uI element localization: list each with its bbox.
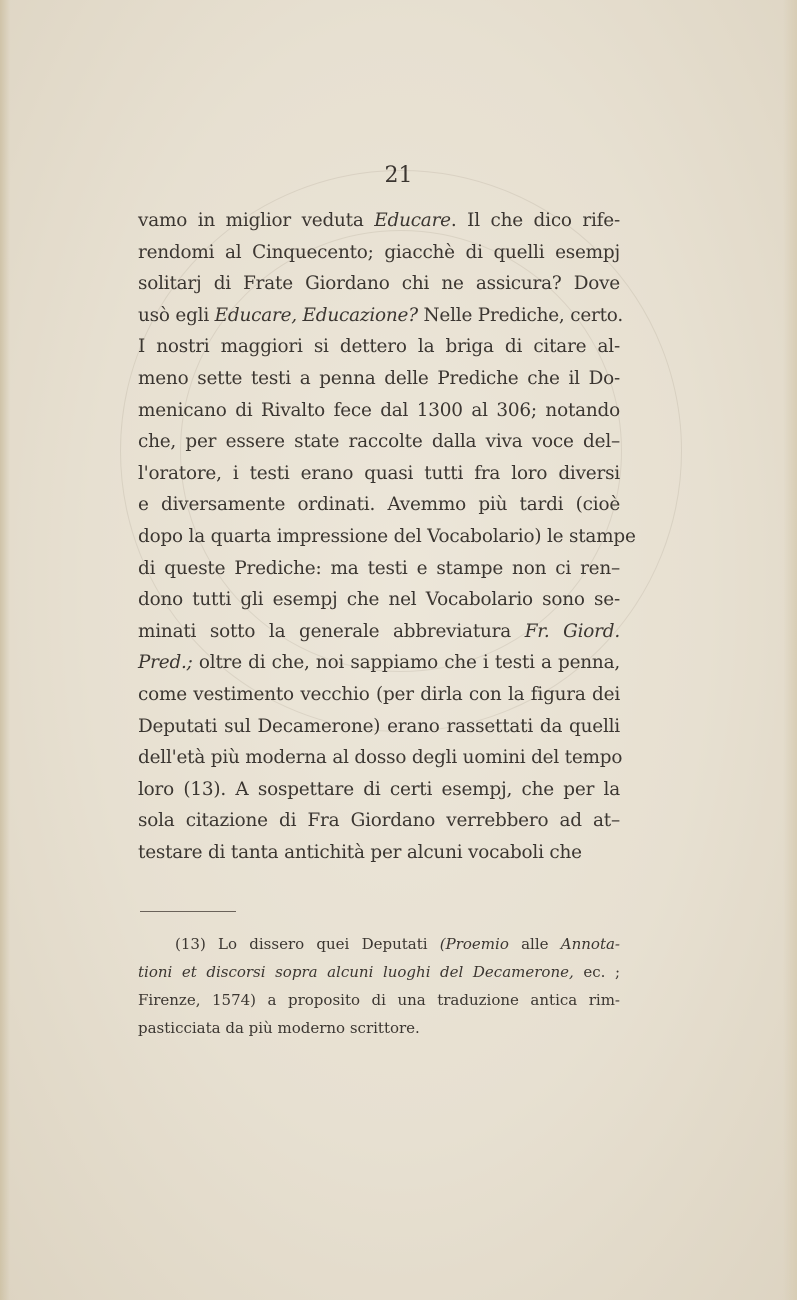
body-line: menicano di Rivalto fece dal 1300 al 306…	[138, 395, 620, 427]
body-line: Deputati sul Decamerone) erano rassettat…	[138, 711, 620, 743]
text-segment: ec. ;	[574, 963, 620, 981]
page-left-edge-shadow	[0, 0, 10, 1300]
text-segment: Deputati sul Decamerone) erano rassettat…	[138, 716, 620, 737]
body-line: usò egli Educare, Educazione? Nelle Pred…	[138, 300, 620, 332]
body-line: dopo la quarta impressione del Vocabolar…	[138, 521, 620, 553]
body-line: l'oratore, i testi erano quasi tutti fra…	[138, 458, 620, 490]
text-segment: . Il che dico rife-	[451, 210, 620, 231]
text-segment: dono tutti gli esempj che nel Vocabolari…	[138, 589, 620, 610]
body-line: dell'età più moderna al dosso degli uomi…	[138, 742, 620, 774]
body-line: come vestimento vecchio (per dirla con l…	[138, 679, 620, 711]
text-segment: loro (13). A sospettare di certi esempj,…	[138, 779, 620, 800]
text-segment: oltre di che, noi sappiamo che i testi a…	[193, 652, 620, 673]
body-line: e diversamente ordinati. Avemmo più tard…	[138, 489, 620, 521]
footnote-line: Firenze, 1574) a proposito di una traduz…	[138, 986, 620, 1014]
body-line: vamo in miglior veduta Educare. Il che d…	[138, 205, 620, 237]
page-right-edge-shadow	[783, 0, 797, 1300]
text-segment: di queste Prediche: ma testi e stampe no…	[138, 558, 620, 579]
text-segment: solitarj di Frate Giordano chi ne assicu…	[138, 273, 620, 294]
body-line: testare di tanta antichità per alcuni vo…	[138, 837, 620, 869]
body-line: solitarj di Frate Giordano chi ne assicu…	[138, 268, 620, 300]
body-line: dono tutti gli esempj che nel Vocabolari…	[138, 584, 620, 616]
text-segment: l'oratore, i testi erano quasi tutti fra…	[138, 463, 620, 484]
text-segment: usò egli	[138, 305, 215, 326]
text-segment: meno sette testi a penna delle Prediche …	[138, 368, 620, 389]
text-segment: che, per essere state raccolte dalla viv…	[138, 431, 620, 452]
text-segment: (13) Lo dissero quei Deputati	[175, 935, 440, 953]
body-line: minati sotto la generale abbreviatura Fr…	[138, 616, 620, 648]
body-line: I nostri maggiori si dettero la briga di…	[138, 331, 620, 363]
footnote-line: tioni et discorsi sopra alcuni luoghi de…	[138, 958, 620, 986]
text-segment: dopo la quarta impressione del Vocabolar…	[138, 526, 636, 547]
body-text: vamo in miglior veduta Educare. Il che d…	[138, 205, 620, 868]
italic-text: Educare	[374, 210, 451, 231]
text-segment: minati sotto la generale abbreviatura	[138, 621, 525, 642]
body-line: rendomi al Cinquecento; giacchè di quell…	[138, 237, 620, 269]
body-line: che, per essere state raccolte dalla viv…	[138, 426, 620, 458]
page-number: 21	[0, 163, 797, 188]
italic-text: Pred.;	[138, 652, 193, 673]
footnote-line: pasticciata da più moderno scrittore.	[138, 1014, 620, 1042]
footnote-line: (13) Lo dissero quei Deputati (Proemio a…	[138, 930, 620, 958]
text-segment: e diversamente ordinati. Avemmo più tard…	[138, 494, 620, 515]
body-line: loro (13). A sospettare di certi esempj,…	[138, 774, 620, 806]
text-segment: rendomi al Cinquecento; giacchè di quell…	[138, 242, 620, 263]
text-segment: vamo in miglior veduta	[138, 210, 374, 231]
italic-text: Educare, Educazione?	[215, 305, 418, 326]
scanned-page: 21 vamo in miglior veduta Educare. Il ch…	[0, 0, 797, 1300]
footnote: (13) Lo dissero quei Deputati (Proemio a…	[138, 930, 620, 1042]
text-segment: sola citazione di Fra Giordano verrebber…	[138, 810, 620, 831]
text-segment: pasticciata da più moderno scrittore.	[138, 1019, 420, 1037]
body-line: sola citazione di Fra Giordano verrebber…	[138, 805, 620, 837]
text-segment: I nostri maggiori si dettero la briga di…	[138, 336, 620, 357]
italic-text: Annota-	[561, 935, 620, 953]
footnote-separator-rule	[140, 911, 236, 912]
italic-text: tioni et discorsi sopra alcuni luoghi de…	[138, 963, 574, 981]
text-segment: alle	[509, 935, 561, 953]
text-segment: come vestimento vecchio (per dirla con l…	[138, 684, 620, 705]
body-line: meno sette testi a penna delle Prediche …	[138, 363, 620, 395]
text-segment: testare di tanta antichità per alcuni vo…	[138, 842, 582, 863]
text-segment: Firenze, 1574) a proposito di una traduz…	[138, 991, 620, 1009]
text-segment: Nelle Prediche, certo.	[418, 305, 623, 326]
body-line: Pred.; oltre di che, noi sappiamo che i …	[138, 647, 620, 679]
body-line: di queste Prediche: ma testi e stampe no…	[138, 553, 620, 585]
text-segment: dell'età più moderna al dosso degli uomi…	[138, 747, 622, 768]
text-segment: menicano di Rivalto fece dal 1300 al 306…	[138, 400, 620, 421]
italic-text: Fr. Giord.	[525, 621, 620, 642]
italic-text: (Proemio	[440, 935, 509, 953]
